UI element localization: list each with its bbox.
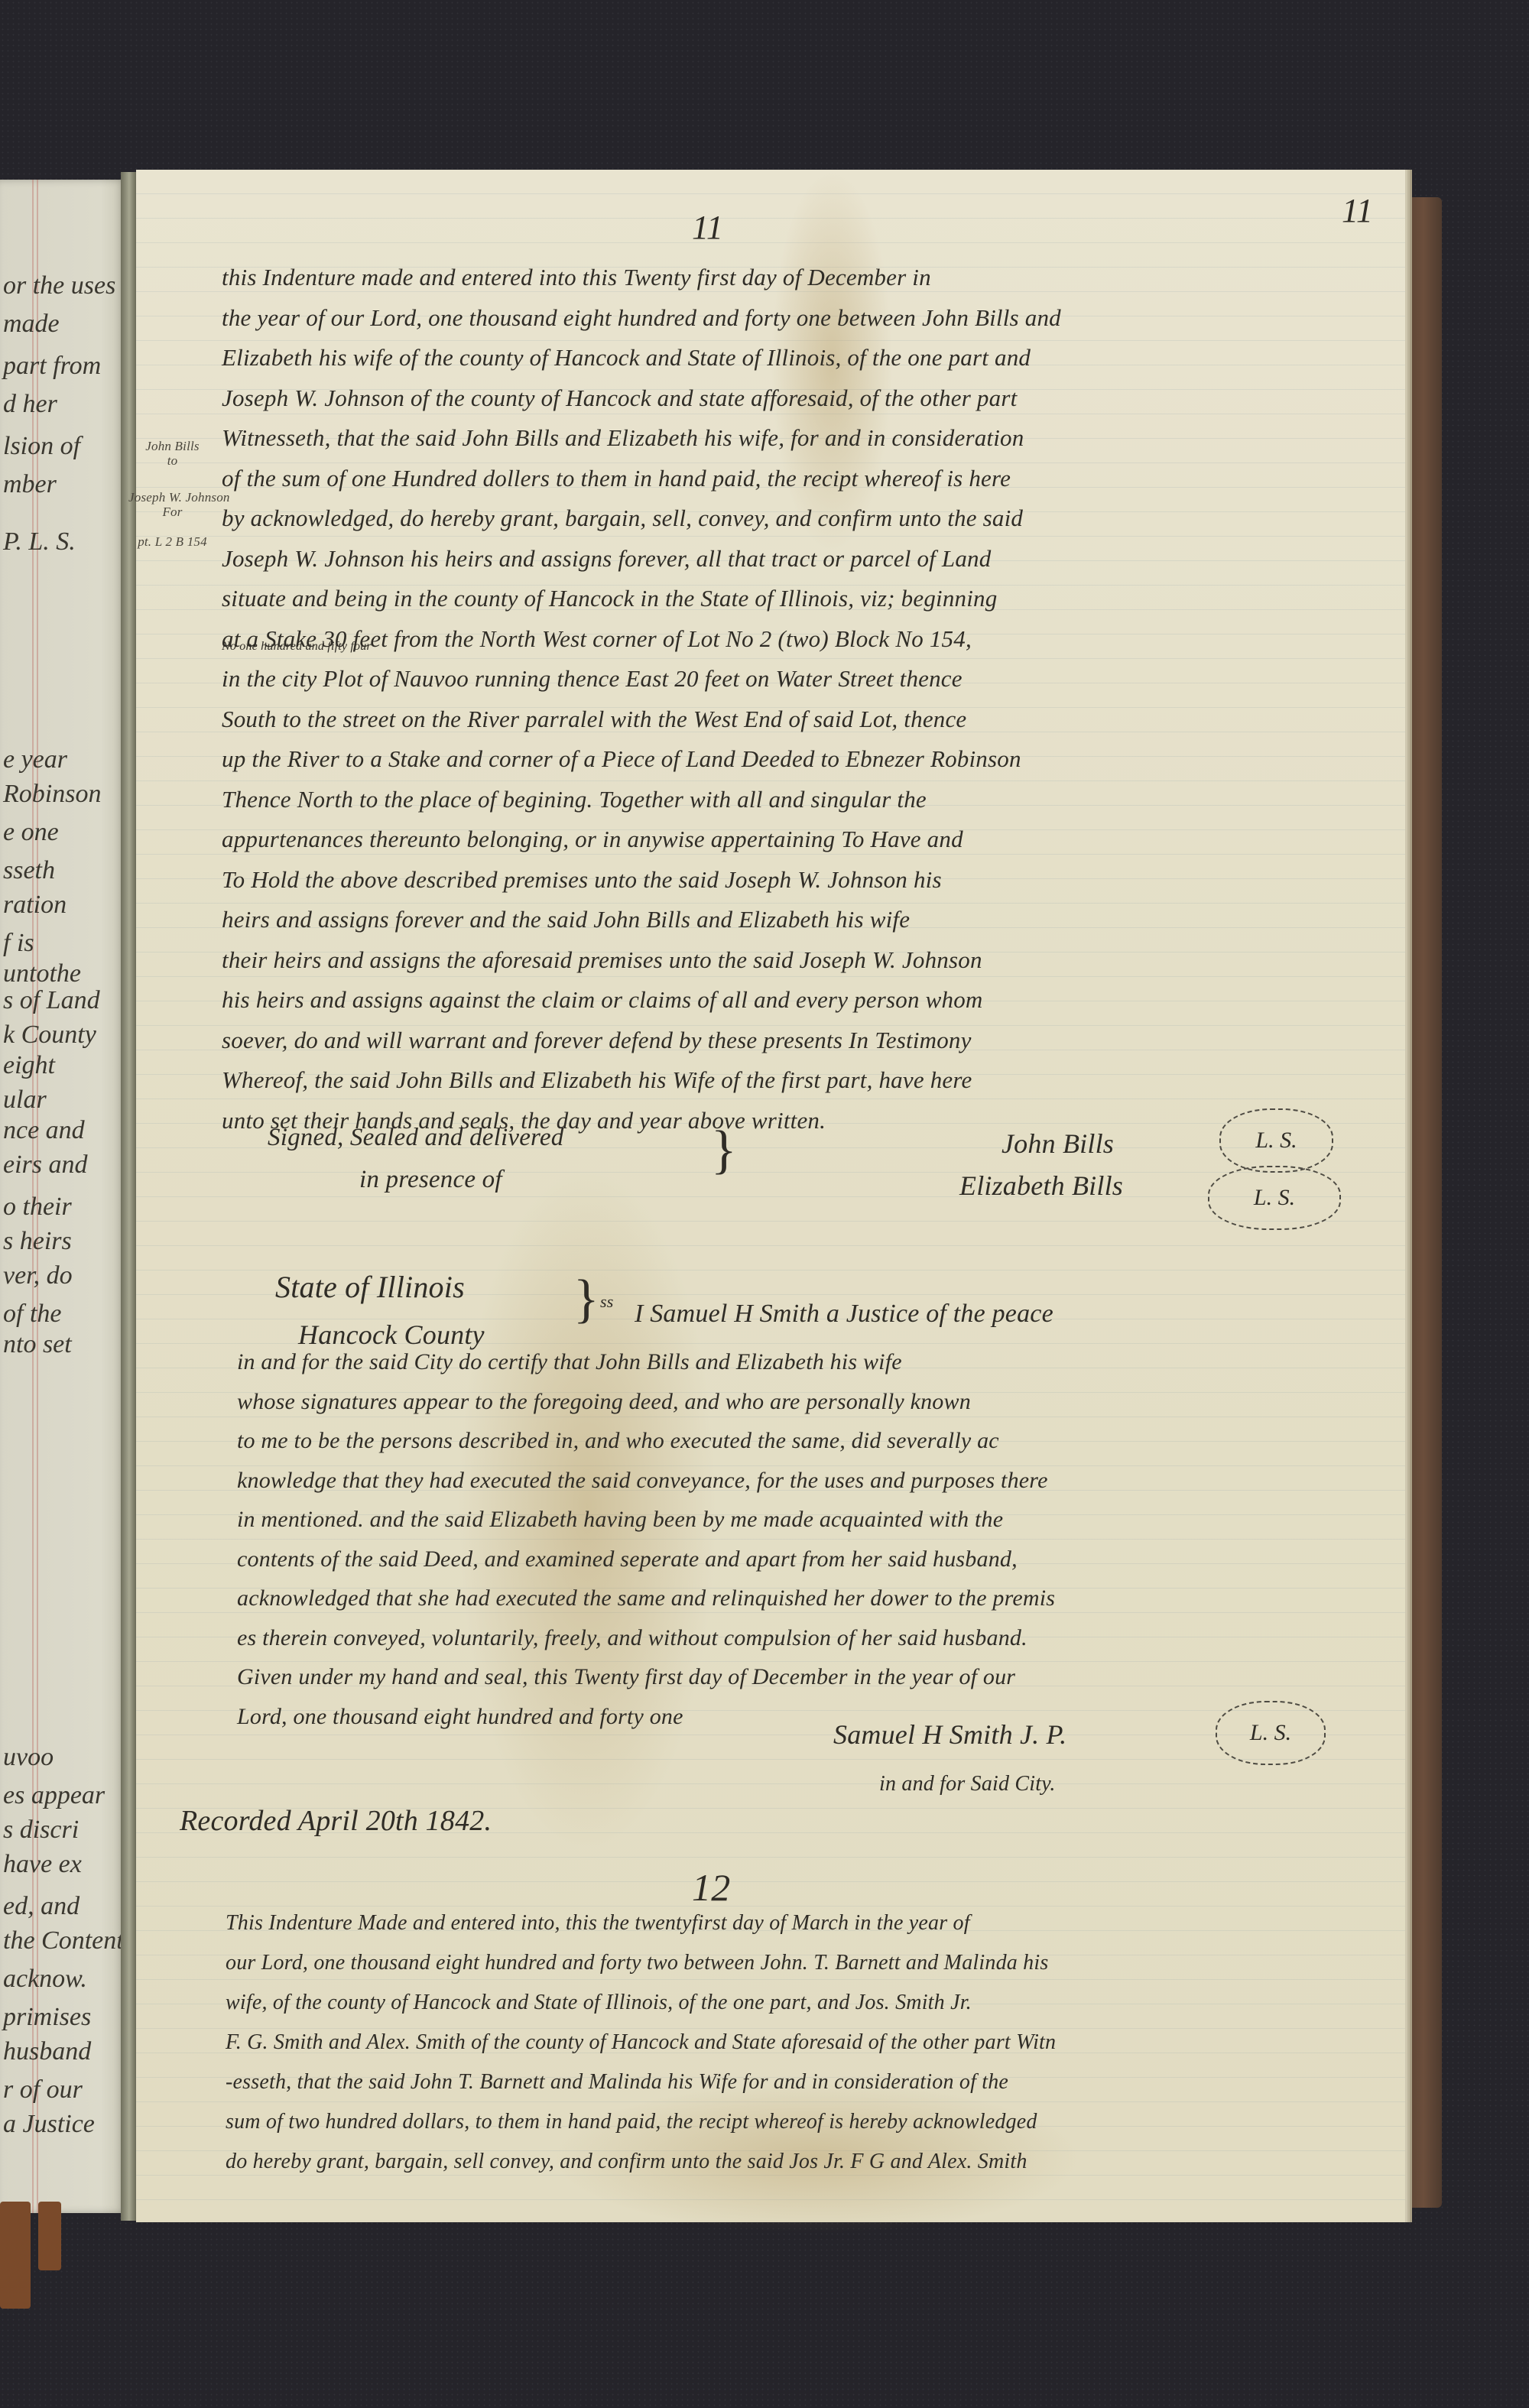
signature-john-bills: John Bills xyxy=(1001,1128,1114,1160)
left-page-text-fragment: s heirs xyxy=(3,1227,72,1256)
handwritten-line: Joseph W. Johnson his heirs and assigns … xyxy=(222,545,991,573)
left-page-text-fragment: nce and xyxy=(3,1116,85,1145)
signed-sealed-label: Signed, Sealed and delivered xyxy=(268,1124,563,1152)
handwritten-line: this Indenture made and entered into thi… xyxy=(222,264,931,291)
brace: } xyxy=(573,1269,599,1330)
handwritten-line: soever, do and will warrant and forever … xyxy=(222,1027,972,1054)
seal-justice: L. S. xyxy=(1216,1701,1326,1765)
handwritten-line: the year of our Lord, one thousand eight… xyxy=(222,304,1061,332)
handwritten-line: in the city Plot of Nauvoo running thenc… xyxy=(222,665,963,693)
left-page-text-fragment: d her xyxy=(3,390,57,419)
handwritten-line: sum of two hundred dollars, to them in h… xyxy=(226,2110,1037,2134)
handwritten-line: his heirs and assigns against the claim … xyxy=(222,986,983,1014)
left-page-text-fragment: eight xyxy=(3,1051,55,1080)
handwritten-line: appurtenances thereunto belonging, or in… xyxy=(222,826,963,853)
brace: } xyxy=(711,1120,737,1181)
handwritten-line: -esseth, that the said John T. Barnett a… xyxy=(226,2070,1008,2095)
margin-note: John Bills to Joseph W. Johnson For pt. … xyxy=(128,440,216,549)
deed-12-number: 12 xyxy=(692,1865,730,1910)
left-page-text-fragment: the Contents xyxy=(3,1926,134,1955)
left-page-text-fragment: of the xyxy=(3,1300,61,1329)
venue-state: State of Illinois xyxy=(275,1269,465,1305)
signature-subtitle: in and for Said City. xyxy=(879,1772,1056,1796)
handwritten-line: Witnesseth, that the said John Bills and… xyxy=(222,424,1024,452)
handwritten-line: Joseph W. Johnson of the county of Hanco… xyxy=(222,385,1017,412)
left-page-text-fragment: eirs and xyxy=(3,1150,88,1180)
left-page-text-fragment: uvoo xyxy=(3,1743,54,1772)
left-page-text-fragment: Robinson xyxy=(3,780,101,809)
left-page-text-fragment: ed, and xyxy=(3,1892,80,1921)
handwritten-line: acknowledged that she had executed the s… xyxy=(237,1585,1055,1611)
left-page-text-fragment: s discri xyxy=(3,1816,79,1845)
handwritten-line: Elizabeth his wife of the county of Hanc… xyxy=(222,344,1031,372)
left-page-text-fragment: untothe xyxy=(3,959,81,988)
handwritten-line: F. G. Smith and Alex. Smith of the count… xyxy=(226,2030,1056,2055)
left-page-text-fragment: sseth xyxy=(3,856,55,885)
left-page-text-fragment: primises xyxy=(3,2003,91,2032)
left-page-text-fragment: part from xyxy=(3,352,101,381)
signature-elizabeth-bills: Elizabeth Bills xyxy=(959,1170,1123,1202)
left-page-text-fragment: s of Land xyxy=(3,986,100,1015)
recorded-date: Recorded April 20th 1842. xyxy=(180,1804,492,1838)
page-number-center: 11 xyxy=(692,208,723,247)
left-page-text-fragment: ration xyxy=(3,891,67,920)
handwritten-line: their heirs and assigns the aforesaid pr… xyxy=(222,946,982,974)
handwritten-line: Lord, one thousand eight hundred and for… xyxy=(237,1704,683,1730)
left-page-text-fragment: o their xyxy=(3,1193,72,1222)
left-page-text-fragment: mber xyxy=(3,470,57,499)
left-page-text-fragment: es appear xyxy=(3,1781,105,1810)
left-page-text-fragment: r of our xyxy=(3,2075,83,2105)
handwritten-line: up the River to a Stake and corner of a … xyxy=(222,745,1021,773)
margin-note-line: pt. L 2 B 154 xyxy=(128,535,216,550)
handwritten-line: situate and being in the county of Hanco… xyxy=(222,585,997,612)
left-page-text-fragment: acknow. xyxy=(3,1965,87,1994)
left-page-text-fragment: nto set xyxy=(3,1330,72,1359)
binding-tab xyxy=(38,2202,61,2270)
interlinear-note: No one hundred and fifty four xyxy=(222,640,372,654)
handwritten-line: wife, of the county of Hancock and State… xyxy=(226,1991,972,2015)
handwritten-line: in and for the said City do certify that… xyxy=(237,1349,902,1375)
book-binding xyxy=(1405,197,1442,2208)
left-page-text-fragment: e one xyxy=(3,818,59,847)
page-number-right: 11 xyxy=(1342,191,1373,230)
left-page-text-fragment: husband xyxy=(3,2037,91,2066)
left-page-text-fragment: a Justice xyxy=(3,2110,95,2139)
handwritten-line: To Hold the above described premises unt… xyxy=(222,866,942,894)
handwritten-line: es therein conveyed, voluntarily, freely… xyxy=(237,1625,1027,1651)
handwritten-line: of the sum of one Hundred dollers to the… xyxy=(222,465,1011,492)
left-page-text-fragment: have ex xyxy=(3,1850,82,1879)
left-page-text-fragment: ular xyxy=(3,1086,47,1115)
handwritten-line: knowledge that they had executed the sai… xyxy=(237,1468,1048,1494)
seal-elizabeth-bills: L. S. xyxy=(1208,1166,1341,1230)
left-page-text-fragment: or the uses xyxy=(3,271,115,300)
margin-note-line: John Bills xyxy=(128,440,216,454)
handwritten-line: by acknowledged, do hereby grant, bargai… xyxy=(222,505,1023,532)
handwritten-line: Thence North to the place of begining. T… xyxy=(222,786,927,813)
handwritten-line: I Samuel H Smith a Justice of the peace xyxy=(635,1300,1053,1329)
venue-ss: ss xyxy=(600,1292,614,1312)
left-page-text-fragment: ver, do xyxy=(3,1261,73,1290)
in-presence-label: in presence of xyxy=(359,1166,502,1194)
margin-note-line: to xyxy=(128,454,216,469)
left-page-text-fragment: P. L. S. xyxy=(3,527,76,557)
venue-county: Hancock County xyxy=(298,1319,485,1351)
left-page-text-fragment: k County xyxy=(3,1021,96,1050)
handwritten-line: whose signatures appear to the foregoing… xyxy=(237,1389,971,1415)
handwritten-line: to me to be the persons described in, an… xyxy=(237,1428,999,1454)
handwritten-line: heirs and assigns forever and the said J… xyxy=(222,906,910,933)
margin-note-line: Joseph W. Johnson xyxy=(128,491,216,505)
left-page-text-fragment: f is xyxy=(3,929,34,958)
handwritten-line: Whereof, the said John Bills and Elizabe… xyxy=(222,1066,972,1094)
handwritten-line: in mentioned. and the said Elizabeth hav… xyxy=(237,1507,1003,1533)
binding-tab xyxy=(0,2202,31,2309)
handwritten-line: South to the street on the River parrale… xyxy=(222,706,966,733)
seal-john-bills: L. S. xyxy=(1219,1108,1333,1173)
handwritten-line: Given under my hand and seal, this Twent… xyxy=(237,1664,1015,1690)
handwritten-line: our Lord, one thousand eight hundred and… xyxy=(226,1951,1048,1975)
left-page-text-fragment: e year xyxy=(3,745,67,774)
handwritten-line: do hereby grant, bargain, sell convey, a… xyxy=(226,2150,1027,2174)
left-page-text-fragment: made xyxy=(3,310,60,339)
handwritten-line: contents of the said Deed, and examined … xyxy=(237,1546,1018,1572)
left-page-text-fragment: lsion of xyxy=(3,432,80,461)
handwritten-line: This Indenture Made and entered into, th… xyxy=(226,1911,970,1936)
margin-note-line: For xyxy=(128,505,216,520)
signature-samuel-smith: Samuel H Smith J. P. xyxy=(833,1718,1066,1751)
